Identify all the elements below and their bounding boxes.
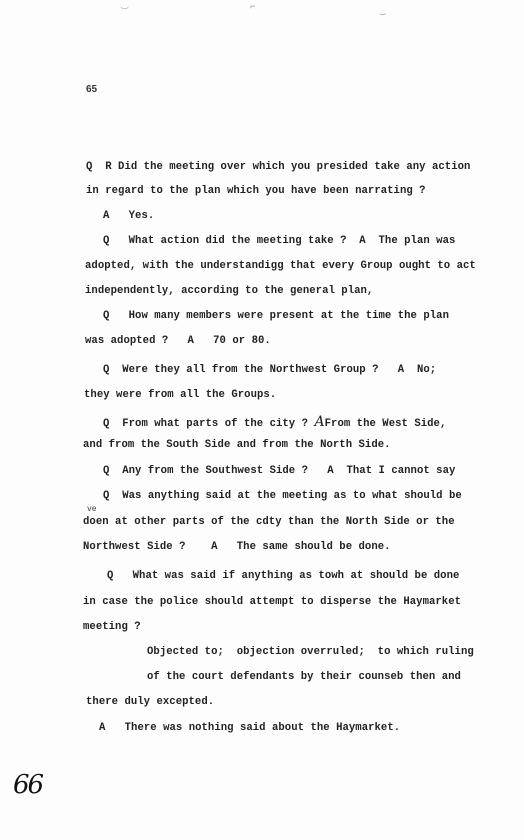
- document-page: ︶ ⌐ ‿ 65 Q R Did the meeting over which …: [0, 0, 524, 840]
- transcript-line: Q R Did the meeting over which you presi…: [86, 161, 470, 173]
- line-text: in case the police should attempt to dis…: [83, 596, 461, 608]
- line-text: From the West Side,: [325, 418, 447, 430]
- line-text: doen at other parts of the cdty than the…: [83, 516, 455, 528]
- line-text: Q What was said if anything as towh at s…: [107, 570, 459, 582]
- line-text: of the court defendants by their counseb…: [147, 671, 461, 683]
- line-text: there duly excepted.: [86, 696, 214, 708]
- line-text: independently, according to the general …: [85, 285, 373, 297]
- line-text: Objected to; objection overruled; to whi…: [147, 646, 474, 658]
- transcript-line: and from the South Side and from the Nor…: [83, 439, 391, 451]
- transcript-line: meeting ?: [83, 621, 141, 633]
- transcript-line: Q Was anything said at the meeting as to…: [103, 490, 462, 502]
- transcript-line: in case the police should attempt to dis…: [83, 596, 461, 608]
- transcript-line: Q How many members were present at the t…: [103, 310, 449, 322]
- transcript-line: Q Any from the Southwest Side ? A That I…: [103, 465, 455, 477]
- line-text: Q What action did the meeting take ? A T…: [103, 235, 455, 247]
- line-text: Q R Did the meeting over which you presi…: [86, 161, 470, 173]
- line-text: Q From what parts of the city ?: [103, 418, 314, 430]
- scan-artifact: ⌐: [250, 2, 255, 12]
- transcript-line: Northwest Side ? A The same should be do…: [83, 541, 391, 553]
- transcript-line: Q What was said if anything as towh at s…: [107, 570, 459, 582]
- line-text: Q Was anything said at the meeting as to…: [103, 490, 462, 502]
- handwritten-insertion: ve: [87, 505, 97, 514]
- line-text: adopted, with the understandigg that eve…: [85, 260, 476, 272]
- handwritten-answer-mark: A: [314, 414, 324, 430]
- transcript-line: of the court defendants by their counseb…: [147, 671, 461, 683]
- transcript-line: doen at other parts of the cdty than the…: [83, 516, 455, 528]
- line-text: and from the South Side and from the Nor…: [83, 439, 391, 451]
- transcript-line: there duly excepted.: [86, 696, 214, 708]
- transcript-line: Q From what parts of the city ? AFrom th…: [103, 414, 446, 430]
- line-text: in regard to the plan which you have bee…: [86, 185, 426, 197]
- transcript-line: adopted, with the understandigg that eve…: [85, 260, 476, 272]
- scan-artifact: ︶: [120, 4, 129, 17]
- line-text: Q How many members were present at the t…: [103, 310, 449, 322]
- transcript-line: Q Were they all from the Northwest Group…: [103, 364, 436, 376]
- scan-artifact: ‿: [380, 6, 385, 16]
- transcript-line: was adopted ? A 70 or 80.: [85, 335, 271, 347]
- transcript-line: A There was nothing said about the Hayma…: [99, 722, 400, 734]
- line-text: Q Any from the Southwest Side ? A That I…: [103, 465, 455, 477]
- line-text: A There was nothing said about the Hayma…: [99, 722, 400, 734]
- line-text: Northwest Side ? A The same should be do…: [83, 541, 391, 553]
- transcript-line: Q What action did the meeting take ? A T…: [103, 235, 455, 247]
- line-text: was adopted ? A 70 or 80.: [85, 335, 271, 347]
- transcript-line: independently, according to the general …: [85, 285, 373, 297]
- line-text: meeting ?: [83, 621, 141, 633]
- transcript-line: A Yes.: [103, 210, 154, 222]
- line-text: they were from all the Groups.: [84, 389, 276, 401]
- line-text: A Yes.: [103, 210, 154, 222]
- page-number: 65: [86, 84, 97, 95]
- transcript-line: they were from all the Groups.: [84, 389, 276, 401]
- transcript-line: in regard to the plan which you have bee…: [86, 185, 426, 197]
- line-text: Q Were they all from the Northwest Group…: [103, 364, 436, 376]
- handwritten-page-number: 66: [13, 770, 42, 800]
- transcript-line: Objected to; objection overruled; to whi…: [147, 646, 474, 658]
